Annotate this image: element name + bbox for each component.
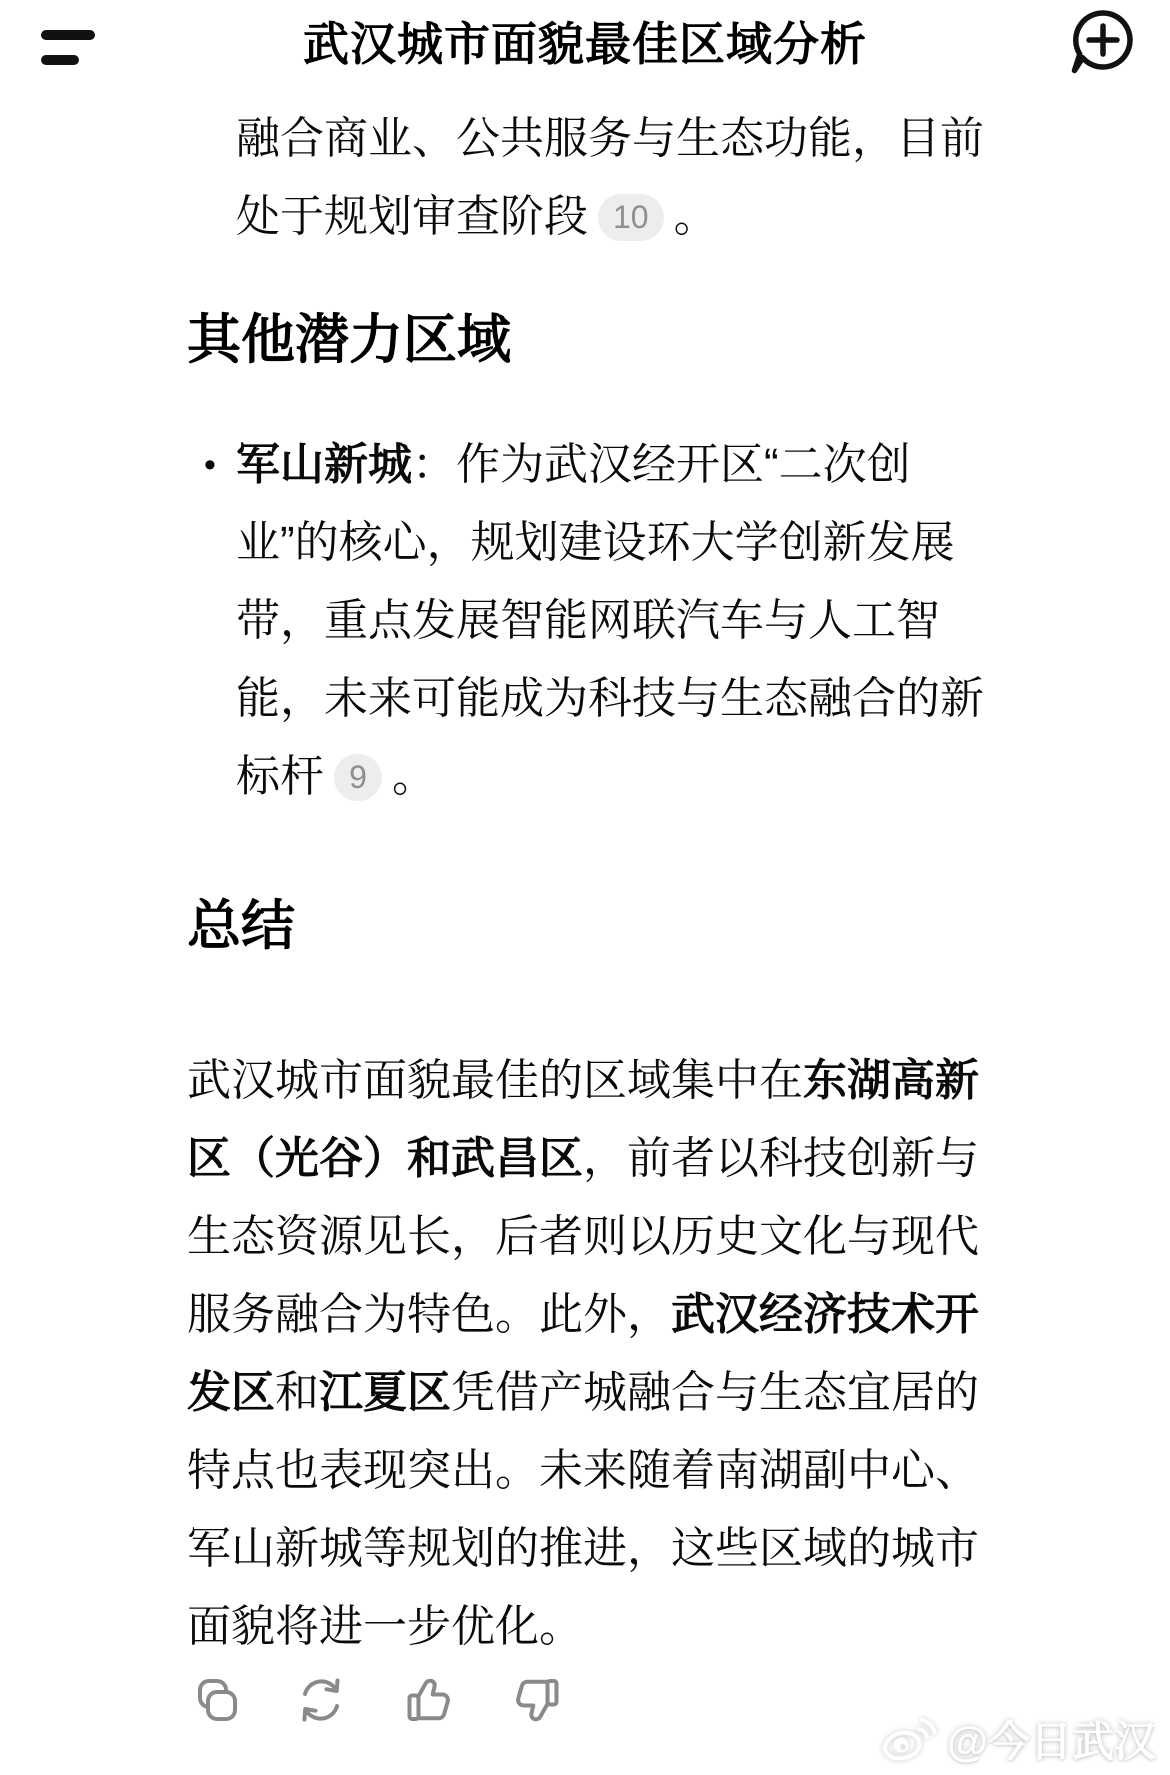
heading-summary: 总结	[187, 894, 990, 958]
new-chat-bubble-plus-icon	[1060, 2, 1140, 82]
menu-bar-top	[41, 30, 95, 40]
bullet-text: 军山新城：作为武汉经开区“二次创业”的核心，规划建设环大学创新发展带，重点发展智…	[236, 426, 990, 816]
summary-paragraph: 武汉城市面貌最佳的区域集中在东湖高新区（光谷）和武昌区，前者以科技创新与生态资源…	[187, 1042, 990, 1666]
thumbs-down-icon	[511, 1674, 563, 1726]
message-action-bar	[187, 1674, 990, 1726]
citation-badge-9[interactable]: 9	[334, 754, 382, 801]
summary-seg3: 和	[275, 1368, 319, 1417]
summary-bold-jiangxia: 江夏区	[319, 1368, 451, 1417]
heading-other-potential-areas: 其他潜力区域	[187, 308, 990, 372]
thumbs-up-button[interactable]	[403, 1674, 455, 1726]
app-header: 武汉城市面貌最佳区域分析	[0, 0, 1170, 84]
intro-period: 。	[674, 192, 718, 241]
page-title: 武汉城市面貌最佳区域分析	[0, 0, 1170, 88]
thumbs-up-icon	[403, 1674, 455, 1726]
menu-bar-bottom	[41, 55, 79, 65]
sidebar-menu-icon[interactable]	[41, 30, 95, 65]
intro-paragraph: 融合商业、公共服务与生态功能，目前处于规划审查阶段10。	[236, 100, 990, 256]
bullet-item-junshan: • 军山新城：作为武汉经开区“二次创业”的核心，规划建设环大学创新发展带，重点发…	[204, 426, 990, 816]
bullet-period: 。	[392, 752, 436, 801]
bullet-marker: •	[204, 426, 236, 816]
regenerate-button[interactable]	[295, 1674, 347, 1726]
copy-icon	[187, 1674, 239, 1726]
new-chat-button[interactable]	[1060, 2, 1140, 82]
thumbs-down-button[interactable]	[511, 1674, 563, 1726]
citation-badge-10[interactable]: 10	[598, 194, 664, 241]
summary-seg1: 武汉城市面貌最佳的区域集中在	[187, 1056, 803, 1105]
chat-message-content: 融合商业、公共服务与生态功能，目前处于规划审查阶段10。 其他潜力区域 • 军山…	[0, 100, 1170, 1726]
copy-button[interactable]	[187, 1674, 239, 1726]
regenerate-icon	[295, 1674, 347, 1726]
bullet-term: 军山新城	[236, 440, 412, 489]
bullet-body: ：作为武汉经开区“二次创业”的核心，规划建设环大学创新发展带，重点发展智能网联汽…	[236, 440, 984, 801]
